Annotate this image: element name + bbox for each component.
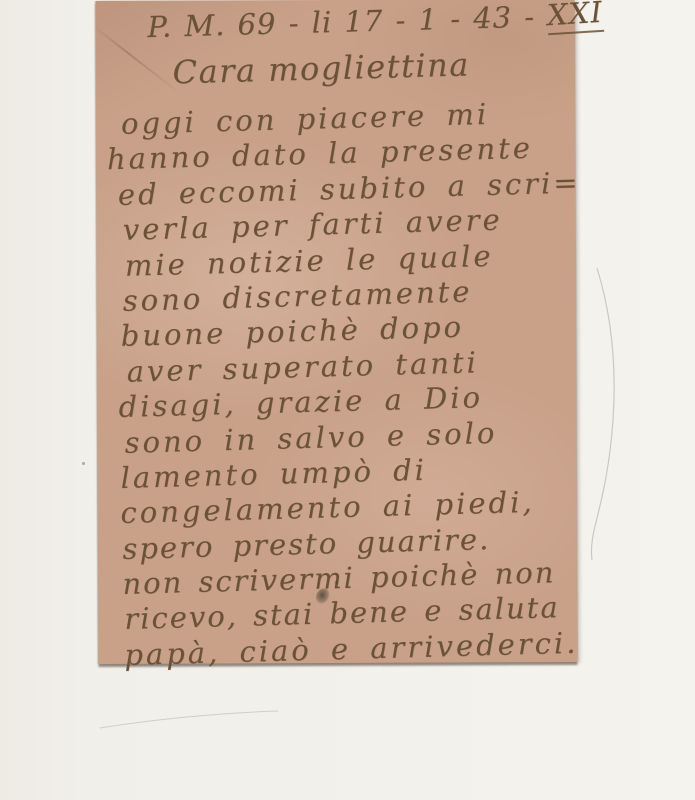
scan-background: P. M. 69 - li 17 - 1 - 43 - XXI Cara mog… <box>0 0 695 800</box>
dust-speck <box>82 462 85 465</box>
right-crease-line <box>591 268 614 560</box>
postmark-date-line: P. M. 69 - li 17 - 1 - 43 - XXI <box>147 0 575 50</box>
postmark-date-prefix: P. M. 69 - li 17 - 1 - 43 - <box>147 0 548 44</box>
ink-speck <box>334 580 339 585</box>
fascist-era-year-underlined: XXI <box>546 0 604 35</box>
bottom-crease-line <box>100 711 278 728</box>
postcard: P. M. 69 - li 17 - 1 - 43 - XXI Cara mog… <box>96 0 578 664</box>
salutation-line: Cara mogliettina <box>172 43 576 96</box>
letter-body: oggi con piacere mi hanno dato la presen… <box>98 95 592 674</box>
handwritten-text-block: P. M. 69 - li 17 - 1 - 43 - XXI Cara mog… <box>95 0 592 674</box>
